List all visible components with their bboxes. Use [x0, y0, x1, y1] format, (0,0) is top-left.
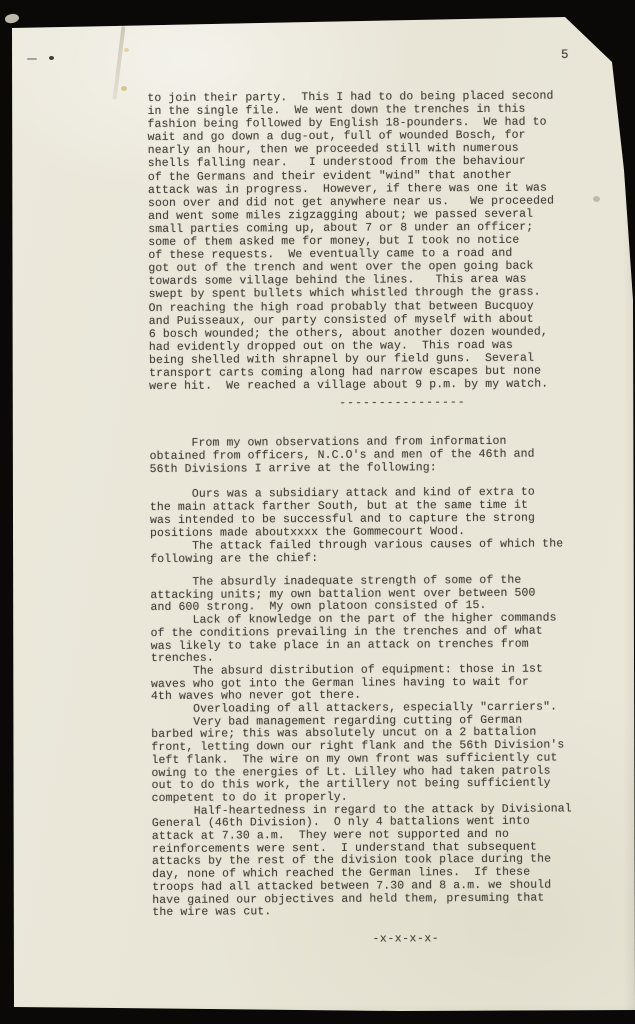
paragraph-assessment: Ours was a subsidiary attack and kind of… [150, 485, 564, 566]
paragraph-observations: From my own observations and from inform… [149, 435, 534, 477]
paper-fleck [4, 12, 20, 24]
section-separator: ---------------- [339, 396, 465, 410]
paragraph-causes: The absurdly inadequate strength of some… [150, 574, 572, 920]
stain-mark [121, 86, 127, 91]
typescript-text: to join their party. This I had to do be… [147, 0, 623, 1024]
stain-mark [124, 48, 129, 52]
paragraph-narrative: to join their party. This I had to do be… [147, 90, 555, 394]
ink-speck [49, 56, 54, 60]
end-marker: -x-x-x-x- [372, 932, 439, 946]
document-page: 5 to join their party. This I had to do … [0, 0, 635, 1024]
scan-background: 5 to join their party. This I had to do … [0, 0, 635, 1024]
ink-speck [27, 58, 37, 60]
